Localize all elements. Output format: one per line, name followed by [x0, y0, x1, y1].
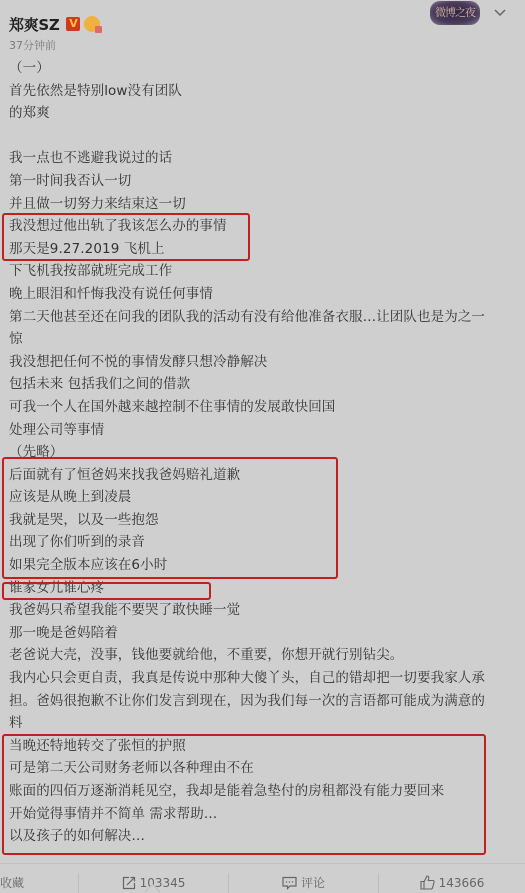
repost-icon	[122, 876, 136, 890]
post-line: 我内心只会更自责，我真是传说中那种大傻丫头，自己的错却把一切要我家人承	[9, 667, 515, 690]
highlight-box-passport	[2, 734, 486, 855]
action-bar: 收藏 103345 评论 143666	[0, 872, 525, 893]
post-line: 首先依然是特别low没有团队	[9, 80, 515, 103]
post-body: （一） 首先依然是特别low没有团队 的郑爽 我一点也不逃避我说过的话 第一时间…	[9, 57, 515, 848]
post-line: 担。爸妈很抱歉不让你们发言到现在，因为我们每一次的言语都可能成为满意的	[9, 690, 515, 713]
favorite-label: 收藏	[0, 874, 24, 891]
chevron-down-icon[interactable]	[493, 6, 507, 20]
post-line: 我一点也不逃避我说过的话	[9, 147, 515, 170]
repost-count: 103345	[140, 876, 186, 890]
post-line: 老爸说大壳，没事，钱他要就给他，不重要，你想开就行别钻尖。	[9, 644, 515, 667]
post-line: 可我一个人在国外越来越控制不住事情的发展敢快回国	[9, 396, 515, 419]
comment-label: 评论	[301, 874, 325, 891]
thumbs-up-icon	[420, 875, 435, 890]
favorite-button[interactable]: 收藏	[0, 874, 78, 891]
post-timestamp: 37分钟前	[9, 37, 56, 53]
post-line: 第二天他甚至还在问我的团队我的活动有没有给他准备衣服…让团队也是为之一	[9, 306, 515, 329]
highlight-box-apology	[2, 457, 338, 579]
post-line: 并且做一切努力来结束这一切	[9, 193, 515, 216]
event-badge[interactable]: 微博之夜	[430, 1, 480, 25]
comment-button[interactable]: 评论	[229, 874, 378, 891]
post-line: 我没想把任何不悦的事情发酵只想冷静解决	[9, 351, 515, 374]
footer-divider	[0, 863, 525, 864]
post-line: 下飞机我按部就班完成工作	[9, 260, 515, 283]
post-line: 的郑爽	[9, 102, 515, 125]
post-line: 包括未来 包括我们之间的借款	[9, 373, 515, 396]
member-crown-icon	[84, 16, 100, 32]
comment-icon	[282, 876, 297, 890]
post-line: 我爸妈只希望我能不要哭了敢快睡一觉	[9, 599, 515, 622]
like-button[interactable]: 143666	[379, 875, 525, 890]
post-line: 料	[9, 712, 515, 735]
highlight-box-flight	[2, 213, 250, 261]
post-line: 第一时间我否认一切	[9, 170, 515, 193]
post-line-blank	[9, 125, 515, 148]
post-line: 处理公司等事情	[9, 419, 515, 442]
like-count: 143666	[439, 876, 485, 890]
highlight-box-daughter	[2, 582, 211, 600]
username[interactable]: 郑爽SZ	[9, 14, 59, 35]
post-line: 晚上眼泪和忏悔我没有说任何事情	[9, 283, 515, 306]
post-line: 那一晚是爸妈陪着	[9, 622, 515, 645]
verified-badge-icon: V	[66, 17, 80, 31]
post-line: 惊	[9, 328, 515, 351]
post-line: （一）	[9, 57, 515, 80]
post-header: 郑爽SZ V	[9, 12, 100, 36]
